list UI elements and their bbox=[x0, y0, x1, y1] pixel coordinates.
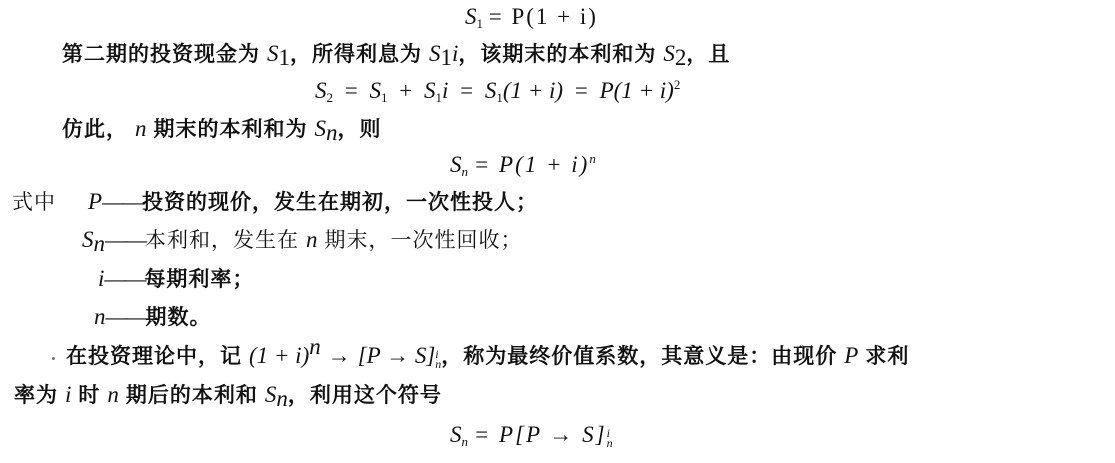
para3-bracket: [P → S] bbox=[358, 343, 436, 368]
para2-var-n: n bbox=[135, 116, 147, 141]
equation-s2: S2 = S1 + S1i = S1(1 + i) = P(1 + i)2 bbox=[315, 76, 680, 106]
eq4-sub: n bbox=[607, 438, 613, 448]
para1-var-s2: S bbox=[663, 41, 675, 66]
eq1-rhs: = P(1 + i) bbox=[489, 4, 598, 29]
eq2-p-sup: 2 bbox=[674, 77, 681, 92]
def-text-n: 期数。 bbox=[146, 305, 212, 329]
definition-i: i——每期利率； bbox=[98, 264, 254, 295]
def-dash: —— bbox=[104, 266, 144, 291]
eq2-equals-b: = bbox=[454, 78, 479, 103]
para3-var-p: P bbox=[844, 343, 858, 368]
para4-var-sn: S bbox=[265, 382, 277, 407]
def-text-sn-a: 本利和，发生在 bbox=[145, 228, 299, 252]
para3-arrow: → bbox=[328, 343, 351, 368]
eq4-scripts: in bbox=[607, 428, 613, 448]
para4-var-sn-sub: n bbox=[276, 386, 288, 411]
para1-text-a: 第二期的投资现金为 bbox=[62, 42, 260, 66]
eq2-s1b: S bbox=[424, 78, 436, 103]
def-text-p: 投资的现价，发生在期初，一次性投人； bbox=[142, 190, 538, 214]
eq2-s2-sub: 2 bbox=[327, 90, 334, 105]
para1-var-s1i-sub: 1 bbox=[441, 45, 453, 70]
para3-text-b: ，称为最终价值系数，其意义是：由现价 bbox=[441, 344, 837, 368]
eq2-s1c: S bbox=[485, 78, 497, 103]
eq2-s1a: S bbox=[369, 78, 381, 103]
def-dash: —— bbox=[106, 304, 146, 329]
eq1-lhs: S bbox=[465, 4, 477, 29]
para3-text-a: 在投资理论中，记 bbox=[66, 344, 242, 368]
para1-var-s1: S bbox=[267, 41, 279, 66]
eq2-equals-a: = bbox=[339, 78, 364, 103]
para1-var-s1i: S bbox=[429, 41, 441, 66]
def-text-i: 每期利率； bbox=[144, 267, 254, 291]
eq4-lhs: S bbox=[450, 422, 462, 447]
paragraph-similarly: 仿此， n 期末的本利和为 Sn，则 bbox=[62, 114, 382, 145]
para4-var-n: n bbox=[107, 382, 119, 407]
para1-var-s2-sub: 2 bbox=[675, 45, 687, 70]
para2-var-sn-sub: n bbox=[326, 120, 338, 145]
def-dash: —— bbox=[105, 227, 145, 252]
equation-s1: S1 = P(1 + i) bbox=[465, 2, 598, 32]
definition-p: 式中 P——投资的现价，发生在期初，一次性投人； bbox=[12, 187, 538, 218]
def-dash: —— bbox=[102, 189, 142, 214]
def-symbol-p: P bbox=[88, 189, 102, 214]
eq2-s2: S bbox=[315, 78, 327, 103]
para4-text-d: ，利用这个符号 bbox=[288, 383, 442, 407]
para1-text-c: ，该期末的本利和为 bbox=[458, 42, 656, 66]
para1-text-d: ，且 bbox=[686, 42, 730, 66]
eq3-rhs-sup: n bbox=[589, 151, 596, 166]
para1-var-s1-sub: 1 bbox=[279, 45, 291, 70]
def-var-n: n bbox=[306, 227, 318, 252]
equation-sn: Sn = P(1 + i)n bbox=[450, 150, 596, 180]
paragraph-investment-theory: 在投资理论中，记 (1 + i)n → [P → S]in，称为最终价值系数，其… bbox=[66, 341, 909, 372]
definition-sn: Sn——本利和，发生在 n 期末，一次性回收； bbox=[82, 225, 523, 256]
eq2-p: P(1 + i) bbox=[600, 78, 674, 103]
para3-text-c: 求利 bbox=[865, 344, 909, 368]
def-symbol-n: n bbox=[94, 304, 106, 329]
para2-text-c: ，则 bbox=[338, 117, 382, 141]
para3-expr-sup: n bbox=[309, 334, 321, 359]
eq4-lhs-sub: n bbox=[462, 434, 469, 449]
eq3-rhs: = P(1 + i) bbox=[474, 152, 590, 177]
equation-sn-symbol: Sn = P[P → S]in bbox=[450, 420, 613, 450]
para2-var-sn: S bbox=[315, 116, 327, 141]
definitions-label: 式中 bbox=[12, 190, 56, 214]
eq2-s1a-sub: 1 bbox=[381, 90, 388, 105]
para1-text-b: ，所得利息为 bbox=[290, 42, 422, 66]
para4-text-a: 率为 bbox=[14, 383, 58, 407]
para4-text-c: 期后的本利和 bbox=[126, 383, 258, 407]
scan-speck bbox=[52, 357, 55, 360]
eq3-lhs-sub: n bbox=[462, 164, 469, 179]
eq2-s1b-i: i bbox=[442, 78, 448, 103]
eq3-lhs: S bbox=[450, 152, 462, 177]
def-symbol-sn: S bbox=[82, 227, 94, 252]
eq1-lhs-sub: 1 bbox=[477, 16, 484, 31]
para4-text-b: 时 bbox=[78, 383, 100, 407]
eq2-plus: + bbox=[393, 78, 418, 103]
eq2-paren: (1 + i) bbox=[503, 78, 563, 103]
paragraph-second-period: 第二期的投资现金为 S1，所得利息为 S1i，该期末的本利和为 S2，且 bbox=[62, 39, 730, 70]
paragraph-rate: 率为 i 时 n 期后的本利和 Sn，利用这个符号 bbox=[14, 380, 442, 411]
definition-n: n——期数。 bbox=[94, 302, 212, 333]
para2-text-b: 期末的本利和为 bbox=[154, 117, 308, 141]
para3-expr: (1 + i) bbox=[249, 343, 309, 368]
eq4-rhs: = P[P → S] bbox=[474, 422, 607, 447]
def-symbol-sn-sub: n bbox=[94, 231, 106, 256]
def-text-sn-b: 期末，一次性回收； bbox=[325, 228, 523, 252]
eq2-equals-c: = bbox=[569, 78, 594, 103]
para4-var-i: i bbox=[65, 382, 71, 407]
para2-text-a: 仿此， bbox=[62, 117, 128, 141]
